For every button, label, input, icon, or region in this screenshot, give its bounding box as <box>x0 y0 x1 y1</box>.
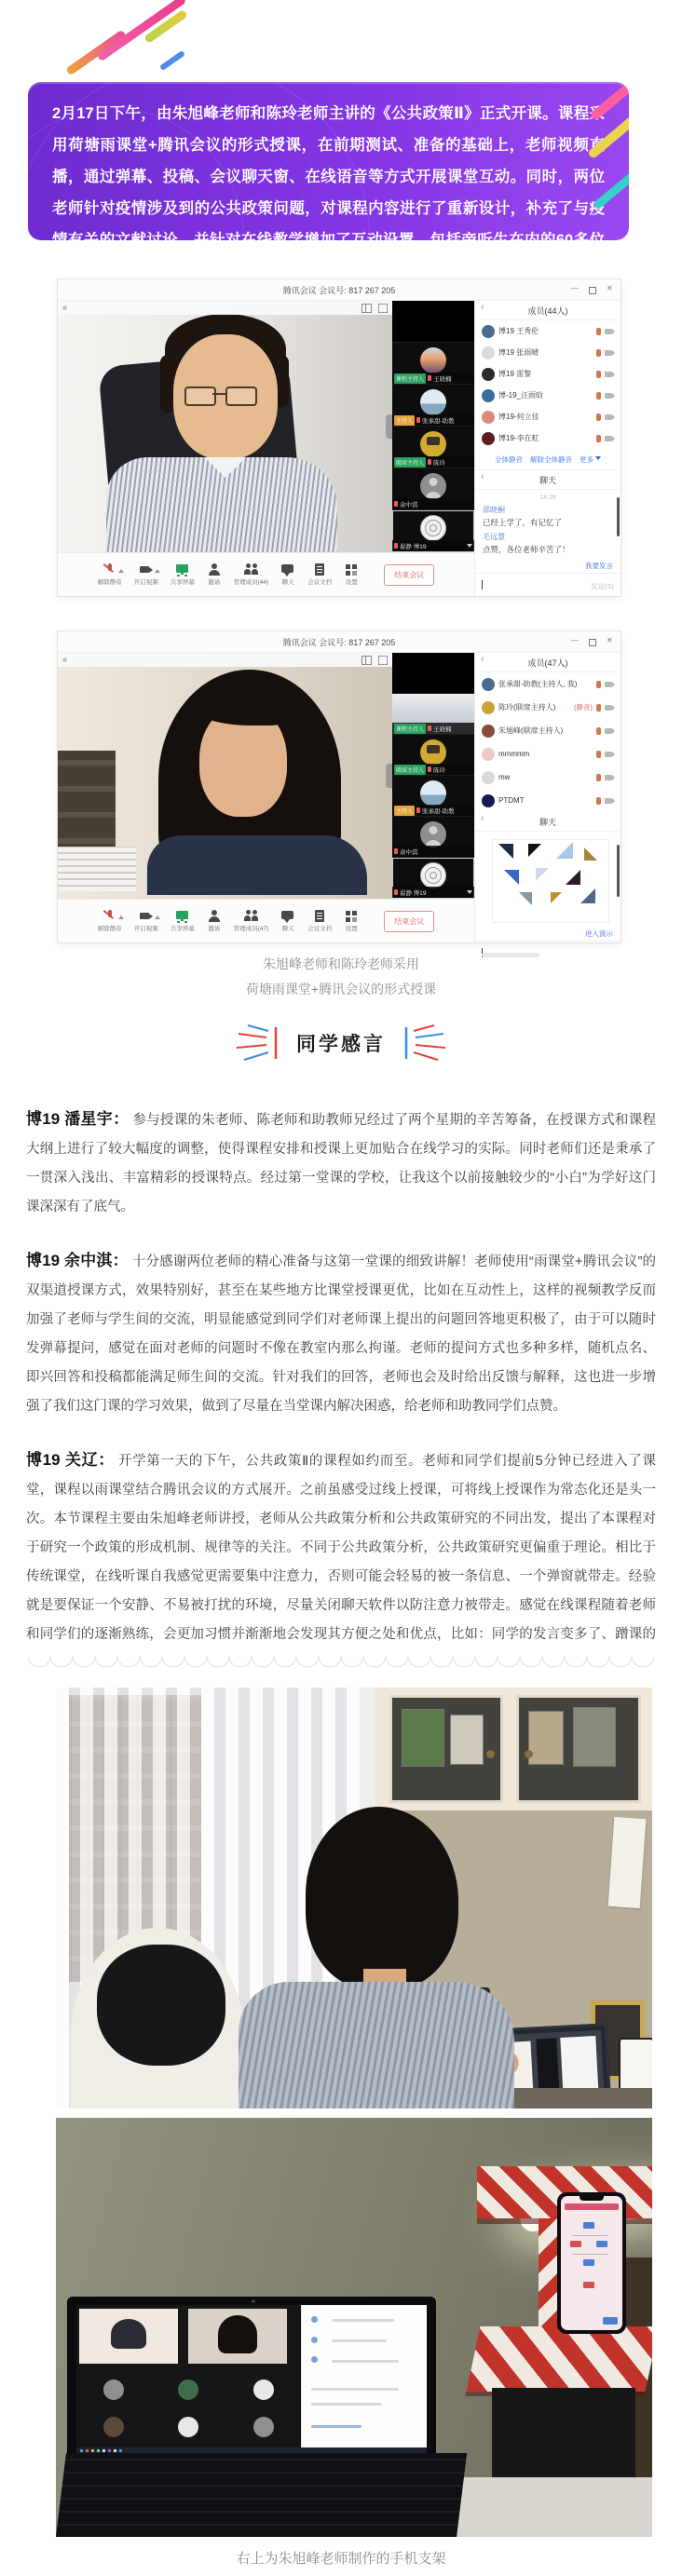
thumbnail-empty[interactable] <box>392 653 474 694</box>
member-row[interactable]: mw <box>475 766 621 789</box>
mic-icon[interactable] <box>596 751 601 758</box>
chat-button[interactable]: 聊天 <box>280 563 295 586</box>
video-topbar <box>58 653 392 667</box>
member-row[interactable]: 博19 雷黎 <box>475 363 621 385</box>
camera-icon[interactable] <box>605 682 612 687</box>
photo-caption: 右上为朱旭峰老师制作的手机支架 <box>0 2548 682 2568</box>
share-screen-button[interactable]: 共享屏幕 <box>170 910 195 932</box>
members-icon <box>244 910 259 922</box>
end-meeting-button[interactable]: 结束会议 <box>384 564 434 586</box>
triangle-shape <box>504 870 519 885</box>
camera-icon[interactable] <box>605 393 612 399</box>
avatar-emblem <box>420 862 446 888</box>
glass-door <box>389 1695 503 1803</box>
minimize-icon[interactable] <box>570 285 580 294</box>
participant-name: 翟静 博19 <box>400 542 427 550</box>
send-button[interactable]: 发送(S) <box>591 581 614 591</box>
decor-slash-icon <box>159 50 185 71</box>
avatar <box>103 2379 124 2400</box>
member-row[interactable]: 博19-李在虹 <box>475 427 621 449</box>
chevron-up-icon[interactable] <box>155 566 160 573</box>
intro-banner: 2月17日下午，由朱旭峰老师和陈玲老师主讲的《公共政策Ⅱ》正式开课。课程采用荷塘… <box>28 82 629 240</box>
chevron-up-icon[interactable] <box>118 566 124 573</box>
avatar <box>420 347 446 373</box>
status-dot-icon <box>62 658 67 662</box>
camera-off-icon <box>139 910 154 922</box>
mic-icon[interactable] <box>596 797 601 805</box>
role-badge: 主持人 <box>394 415 415 426</box>
glasses-bridge <box>212 393 225 395</box>
section-header: 同学感言 <box>0 1021 682 1065</box>
section-title: 同学感言 <box>296 1029 386 1057</box>
text-line <box>332 2319 394 2322</box>
chat-text: 点赞，各位老师辛苦了！ <box>483 544 613 555</box>
camera-icon[interactable] <box>605 436 612 441</box>
cube-stand-base <box>467 2326 652 2392</box>
white-desk <box>455 2477 652 2537</box>
wall-cabinet <box>375 1688 652 1810</box>
settings-icon <box>344 563 359 576</box>
avatar <box>482 346 495 359</box>
avatar <box>178 2417 198 2437</box>
avatar <box>482 725 495 738</box>
settings-button[interactable]: 设置 <box>344 910 359 932</box>
mic-muted-icon <box>102 910 117 922</box>
testimonial-text: 参与授课的朱老师、陈老师和助教师兄经过了两个星期的辛苦筹备，在授课方式和课程大纲… <box>26 1113 656 1214</box>
avatar-emblem <box>420 515 446 541</box>
text-caret <box>482 580 483 590</box>
chat-header: 聊天 <box>475 812 621 832</box>
chat-link[interactable]: 我要发言 <box>483 561 613 571</box>
window-controls <box>570 279 615 300</box>
mic-icon <box>416 417 420 423</box>
video-tile-female <box>188 2309 287 2364</box>
participant-name: 陈玲 <box>433 766 445 774</box>
mic-icon <box>428 459 431 465</box>
side-panel: 成员(47人) 张承甜-助教(主持人, 我) 陈玲(联席主持人)(静音) 朱旭峰… <box>474 653 621 942</box>
laptop-screen <box>67 2297 436 2457</box>
mic-icon[interactable] <box>596 349 601 357</box>
chat-panel <box>560 2036 598 2092</box>
text-line <box>311 2403 381 2406</box>
triangle-shape <box>580 888 595 903</box>
triangle-shape <box>551 892 562 903</box>
mic-icon <box>394 848 398 854</box>
triangle-shape <box>528 844 541 857</box>
scallop-divider <box>28 1656 654 1676</box>
camera-icon[interactable] <box>605 414 612 420</box>
meeting-docs-button[interactable]: 会议文档 <box>307 910 332 932</box>
thumbnail[interactable]: 余中淇 <box>392 468 474 510</box>
window-title: 腾讯会议 会议号: 817 267 205 <box>58 636 621 648</box>
titlebar: 腾讯会议 会议号: 817 267 205 <box>58 631 621 653</box>
chat-sender: 邵晓桐 <box>483 505 613 515</box>
mic-icon <box>394 889 398 895</box>
manage-members-button[interactable]: 管理成员(44) <box>234 563 269 586</box>
video-topbar <box>58 301 392 315</box>
close-icon[interactable] <box>606 637 615 646</box>
decor-slash-icon <box>65 30 127 76</box>
invite-icon <box>207 910 222 922</box>
side-panel: 成员(44人) 博19 王秀伦 博19 张雨晴 博19 雷黎 博-19_汪雨晗 … <box>474 301 621 596</box>
text-line <box>332 2339 387 2342</box>
cabinet-photo <box>402 1709 444 1767</box>
video-thumbnails: 课程主持人王晓楠 主持人张承甜-助教 联席主持人陈玲 余中淇 <box>392 301 474 552</box>
unmute-all-button[interactable]: 解除全体静音 <box>530 454 572 465</box>
chat-header: 聊天 <box>475 470 621 490</box>
hanging-note <box>608 1817 647 1908</box>
mic-icon[interactable] <box>596 414 601 421</box>
laptop-keyboard <box>56 2453 467 2537</box>
chat-sender: 毛远慧 <box>483 532 613 542</box>
chat-link[interactable]: 进入演示 <box>483 929 613 939</box>
app-button <box>603 2317 618 2325</box>
share-screen-button[interactable]: 共享屏幕 <box>170 563 195 586</box>
navy-blazer <box>147 835 367 895</box>
triangle-shape <box>498 844 513 859</box>
text-line <box>311 2425 361 2428</box>
participant-name: 陈玲 <box>433 458 445 467</box>
speaker-video-female-teacher <box>58 653 392 899</box>
camera-icon[interactable] <box>605 752 612 757</box>
member-row[interactable]: 博-19_汪雨晗 <box>475 385 621 406</box>
maximize-icon[interactable] <box>588 637 597 646</box>
window-title: 腾讯会议 会议号: 817 267 205 <box>58 284 621 296</box>
black-box <box>492 2388 635 2488</box>
manage-members-button[interactable]: 管理成员(47) <box>234 910 269 932</box>
diagram-node <box>570 2241 581 2247</box>
avatar <box>253 2417 274 2437</box>
chair-cushion <box>97 1945 225 2066</box>
mic-muted-icon <box>102 563 117 576</box>
document-icon <box>312 563 327 576</box>
thumbnail[interactable]: 余中淇 <box>392 817 474 858</box>
video-thumbnails: 课程主持人王晓楠 联席主持人陈玲 主持人张承甜-助教 余中淇 <box>392 653 474 899</box>
mic-icon <box>428 375 431 381</box>
collapse-thumbnails-handle[interactable] <box>386 414 392 439</box>
shared-image-triangles[interactable] <box>492 839 609 923</box>
diagram-node <box>583 2222 594 2229</box>
cabinet-knob <box>486 1750 495 1758</box>
layout-grid-icon[interactable] <box>361 656 372 665</box>
meeting-toolbar: 解除静音 开启视频 共享屏幕 邀请 管理成员(44) 聊天 会议文档 设置 结束… <box>58 552 474 596</box>
thumbnail[interactable]: 课程主持人王晓楠 <box>392 343 474 385</box>
camera-icon[interactable] <box>605 329 612 334</box>
camera-icon[interactable] <box>605 728 612 734</box>
triangle-shape <box>519 892 532 905</box>
avatar <box>482 748 495 761</box>
diagram-node <box>583 2282 594 2288</box>
decor-slash-icon <box>97 0 187 61</box>
app-header-bar <box>565 2203 619 2210</box>
glasses <box>225 386 257 406</box>
triangle-shape <box>584 847 597 861</box>
mic-icon[interactable] <box>596 328 601 335</box>
settings-icon <box>344 910 359 922</box>
chevron-up-icon[interactable] <box>118 913 124 919</box>
collapse-icon[interactable] <box>481 654 484 665</box>
camera-icon[interactable] <box>605 705 612 711</box>
member-row[interactable]: mmmmm <box>475 742 621 766</box>
avatar <box>420 780 446 807</box>
meeting-toolbar: 解除静音 开启视频 共享屏幕 邀请 管理成员(47) 聊天 会议文档 设置 结束… <box>58 899 474 942</box>
share-screen-icon <box>175 563 190 576</box>
student-name: 博19 余中淇： <box>26 1252 129 1269</box>
chat-button[interactable]: 聊天 <box>280 910 295 932</box>
member-row[interactable]: 朱旭峰(联席主持人) <box>475 719 621 742</box>
phone-notch <box>580 2196 604 2201</box>
striped-shirt <box>239 1982 514 2108</box>
scrollbar[interactable] <box>617 497 620 536</box>
avatar <box>482 678 495 691</box>
avatar <box>311 2337 318 2343</box>
camera-icon[interactable] <box>605 775 612 780</box>
thumbnail[interactable]: 主持人张承甜-助教 <box>392 385 474 427</box>
chat-input[interactable]: 发送(S) <box>475 573 621 596</box>
photo-teacher-at-desk <box>56 1688 652 2108</box>
student-name: 博19 关辽： <box>26 1451 115 1469</box>
mic-icon[interactable] <box>596 774 601 781</box>
avatar <box>103 2417 124 2437</box>
diagram-line <box>572 2235 607 2236</box>
fullscreen-icon[interactable] <box>378 656 388 665</box>
meeting-ui <box>76 2305 427 2448</box>
mic-icon[interactable] <box>596 371 601 378</box>
settings-button[interactable]: 设置 <box>344 563 359 586</box>
photo-laptop-and-phone-stand <box>56 2118 652 2537</box>
diagram-line <box>572 2254 607 2255</box>
testimonial: 博19 关辽：开学第一天的下午，公共政策Ⅱ的课程如约而至。老师和同学们提前5分钟… <box>26 1445 656 1652</box>
thumbnail-empty[interactable] <box>392 301 474 343</box>
close-icon[interactable] <box>606 285 615 294</box>
thumbnail-selected[interactable]: 翟静 博19 <box>392 858 474 899</box>
window-controls <box>570 631 615 652</box>
chat-messages: 14:28 邵晓桐 已经上学了，有记忆了 毛远慧 点赞，各位老师辛苦了！ 我要发… <box>475 490 621 573</box>
members-icon <box>244 563 259 576</box>
avatar <box>482 771 495 784</box>
mic-icon <box>428 766 431 772</box>
avatar <box>482 701 495 714</box>
chevron-down-icon[interactable] <box>467 544 472 550</box>
thumbnail-strip <box>536 2038 559 2093</box>
titlebar: 腾讯会议 会议号: 817 267 205 <box>58 279 621 301</box>
collapse-icon[interactable] <box>481 813 484 824</box>
status-dot-icon <box>62 305 67 310</box>
thumbnail[interactable]: 联席主持人陈玲 <box>392 735 474 776</box>
triangle-shape <box>566 870 580 885</box>
camera-icon[interactable] <box>605 350 612 356</box>
mute-status: (静音) <box>574 702 593 712</box>
members-header: 成员(47人) <box>475 653 621 672</box>
person-hair <box>306 1807 458 1989</box>
scrollbar[interactable] <box>617 845 620 897</box>
participant-name: 翟静 博19 <box>400 888 427 897</box>
thumbnail[interactable]: 联席主持人陈玲 <box>392 427 474 468</box>
avatar-silhouette <box>420 821 446 847</box>
paper-stack <box>58 847 136 891</box>
caption-line: 朱旭峰老师和陈玲老师采用 <box>0 952 682 977</box>
member-row[interactable]: 博19-何立佳 <box>475 406 621 427</box>
mic-icon <box>416 807 420 813</box>
chat-messages: 进入演示 <box>475 832 621 941</box>
camera-icon[interactable] <box>605 798 612 804</box>
cabinet-photo <box>573 1707 616 1767</box>
cabinet-photo <box>528 1711 564 1765</box>
avatar <box>420 389 446 415</box>
mic-icon <box>394 501 398 507</box>
avatar <box>482 794 495 807</box>
collapse-icon[interactable] <box>481 302 484 313</box>
meeting-window-2: 腾讯会议 会议号: 817 267 205 <box>58 631 621 942</box>
video-tile-male <box>79 2309 178 2364</box>
member-actions: 全体静音 解除全体静音 更多 <box>475 449 621 470</box>
invite-button[interactable]: 邀请 <box>207 910 222 932</box>
role-badge: 联席主持人 <box>394 457 426 468</box>
phone <box>619 2038 652 2095</box>
avatar-row <box>76 2417 301 2437</box>
avatar <box>178 2379 198 2400</box>
text-line <box>332 2360 400 2363</box>
mic-icon[interactable] <box>596 681 601 688</box>
triangle-shape <box>536 868 549 881</box>
mic-icon[interactable] <box>596 704 601 712</box>
member-row[interactable]: 博19 王秀伦 <box>475 320 621 342</box>
text-line <box>311 2388 399 2391</box>
video-grid <box>76 2305 301 2448</box>
chat-panel <box>301 2305 427 2448</box>
role-badge: 课程主持人 <box>394 724 426 734</box>
diagram-node <box>596 2241 607 2247</box>
glass-door <box>516 1695 641 1803</box>
invite-button[interactable]: 邀请 <box>207 563 222 586</box>
invite-icon <box>207 563 222 576</box>
participant-name: 王晓楠 <box>433 725 452 733</box>
start-video-button[interactable]: 开启视频 <box>134 910 158 932</box>
role-badge: 联席主持人 <box>394 765 426 775</box>
participant-name: 王晓楠 <box>433 374 452 383</box>
testimonials: 博19 潘星宇：参与授课的朱老师、陈老师和助教师兄经过了两个星期的辛苦筹备，在授… <box>26 1105 656 1652</box>
chat-icon <box>280 563 295 576</box>
role-badge: 课程主持人 <box>394 373 426 384</box>
avatar <box>482 432 495 445</box>
more-button[interactable]: 更多 <box>580 454 601 465</box>
testimonial-text: 十分感谢两位老师的精心准备与这第一堂课的细致讲解！老师使用“雨课堂+腾讯会议”的… <box>26 1254 656 1414</box>
mic-icon[interactable] <box>596 435 601 442</box>
cabinet-knob <box>525 1750 533 1758</box>
cabinet-photo <box>450 1715 484 1765</box>
speaker-video-male-teacher <box>58 301 392 552</box>
phone-screen-rain-classroom <box>561 2196 622 2330</box>
participant-name: 余中淇 <box>400 500 418 508</box>
glasses <box>184 386 216 406</box>
camera-off-icon <box>139 563 154 576</box>
testimonial-text: 开学第一天的下午，公共政策Ⅱ的课程如约而至。老师和同学们提前5分钟已经进入了课堂… <box>26 1454 656 1652</box>
mute-all-button[interactable]: 全体静音 <box>495 454 523 465</box>
member-row[interactable]: 张承甜-助教(主持人, 我) <box>475 672 621 696</box>
maximize-icon[interactable] <box>588 285 597 294</box>
avatar-row <box>76 2379 301 2400</box>
member-row[interactable]: 博19 张雨晴 <box>475 342 621 363</box>
thumbnail[interactable]: 课程主持人王晓楠 <box>392 694 474 735</box>
avatar <box>253 2379 274 2400</box>
unmute-button[interactable]: 解除静音 <box>98 910 122 932</box>
member-row[interactable]: 陈玲(联席主持人)(静音) <box>475 696 621 719</box>
avatar <box>482 389 495 402</box>
testimonial: 博19 潘星宇：参与授课的朱老师、陈老师和助教师兄经过了两个星期的辛苦筹备，在授… <box>26 1105 656 1222</box>
avatar <box>420 431 446 457</box>
end-meeting-button[interactable]: 结束会议 <box>384 911 434 932</box>
avatar <box>482 411 495 424</box>
avatar <box>420 739 446 766</box>
article-page: 2月17日下午，由朱旭峰老师和陈玲老师主讲的《公共政策Ⅱ》正式开课。课程采用荷塘… <box>0 0 682 2576</box>
phone-on-stand <box>557 2192 626 2334</box>
mic-icon <box>428 725 431 731</box>
member-row[interactable]: PTDMT <box>475 789 621 812</box>
chevron-up-icon[interactable] <box>155 913 160 919</box>
meeting-docs-button[interactable]: 会议文档 <box>307 563 332 586</box>
participant-name: 张承甜-助教 <box>422 807 455 815</box>
fullscreen-icon[interactable] <box>378 304 388 313</box>
avatar <box>311 2316 318 2323</box>
share-screen-icon <box>175 910 190 922</box>
collapse-icon[interactable] <box>481 471 484 482</box>
avatar <box>482 368 495 381</box>
thumbnail[interactable]: 主持人张承甜-助教 <box>392 776 474 817</box>
meeting-window-1: 腾讯会议 会议号: 817 267 205 <box>58 279 621 596</box>
chat-text: 已经上学了，有记忆了 <box>483 517 613 528</box>
chat-icon <box>280 910 295 922</box>
diagram-node <box>583 2259 594 2266</box>
mic-icon[interactable] <box>596 392 601 400</box>
burst-right-icon <box>401 1024 449 1063</box>
document-icon <box>312 910 327 922</box>
unmute-button[interactable]: 解除静音 <box>98 563 122 586</box>
chevron-down-icon[interactable] <box>467 890 472 897</box>
camera-icon[interactable] <box>605 372 612 377</box>
role-badge: 主持人 <box>394 806 415 816</box>
testimonial: 博19 余中淇：十分感谢两位老师的精心准备与这第一堂课的细致讲解！老师使用“雨课… <box>26 1246 656 1421</box>
avatar-silhouette <box>420 473 446 499</box>
members-header: 成员(44人) <box>475 301 621 320</box>
minimize-icon[interactable] <box>570 637 580 646</box>
collapse-thumbnails-handle[interactable] <box>386 764 392 788</box>
webcam-dot <box>252 2299 255 2303</box>
mic-icon <box>394 543 398 549</box>
avatar <box>311 2356 318 2363</box>
participant-name: 余中淇 <box>400 847 418 856</box>
caption-line: 荷塘雨课堂+腾讯会议的形式授课 <box>0 977 682 1002</box>
start-video-button[interactable]: 开启视频 <box>134 563 158 586</box>
screenshot-caption: 朱旭峰老师和陈玲老师采用 荷塘雨课堂+腾讯会议的形式授课 <box>0 952 682 1002</box>
thumbnail-selected[interactable]: 翟静 博19 <box>392 510 474 552</box>
avatar <box>482 325 495 338</box>
chat-timestamp: 14:28 <box>483 495 613 501</box>
layout-grid-icon[interactable] <box>361 304 372 313</box>
burst-left-icon <box>233 1024 281 1063</box>
mic-icon[interactable] <box>596 727 601 735</box>
triangle-shape <box>556 842 573 859</box>
participant-name: 张承甜-助教 <box>422 416 455 425</box>
student-name: 博19 潘星宇： <box>26 1110 129 1128</box>
